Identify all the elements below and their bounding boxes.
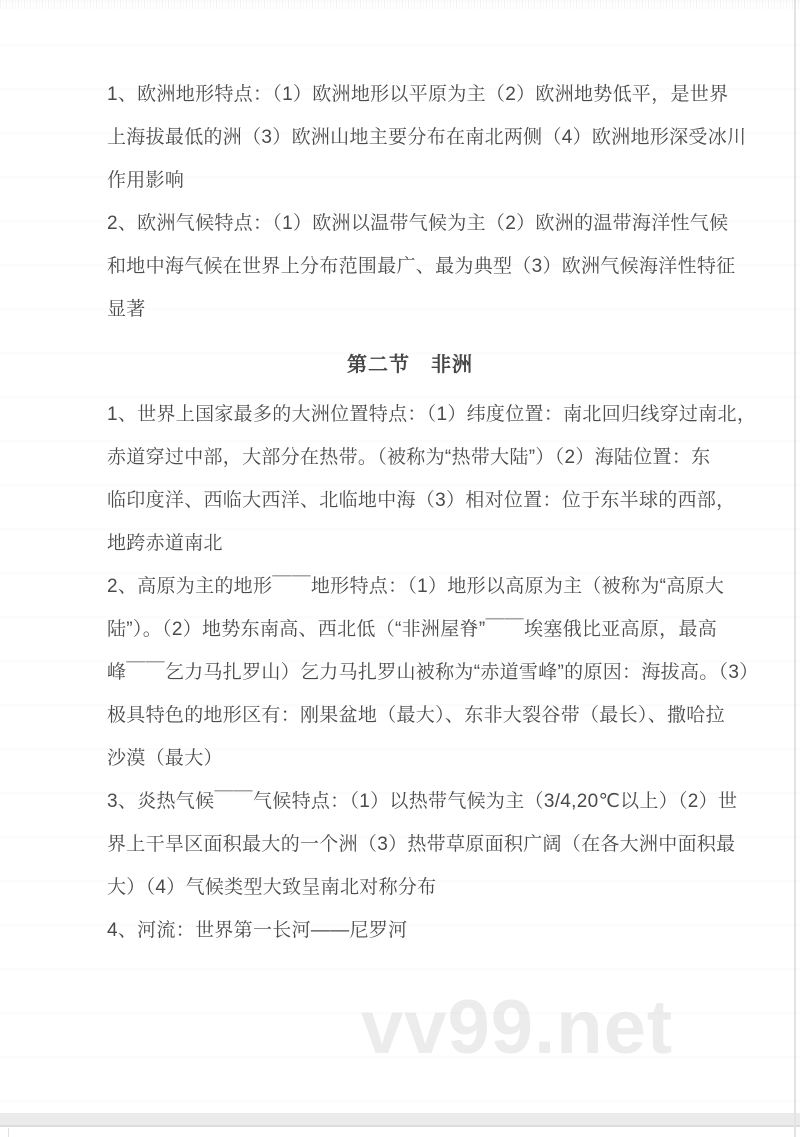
text-line: 1、世界上国家最多的大洲位置特点：（1）纬度位置：南北回归线穿过南北， xyxy=(107,393,713,436)
text-line: 2、欧洲气候特点：（1）欧洲以温带气候为主（2）欧洲的温带海洋性气候 xyxy=(107,202,713,245)
text-line: 界上干旱区面积最大的一个洲（3）热带草原面积广阔（在各大洲中面积最 xyxy=(107,823,713,866)
text-line: 3、炎热气候￣￣气候特点：（1）以热带气候为主（3/4,20℃以上）（2）世 xyxy=(107,780,713,823)
page-edge-line xyxy=(794,0,796,1137)
next-page-left-edge xyxy=(8,1128,9,1137)
text-line: 2、高原为主的地形￣￣地形特点：（1）地形以高原为主（被称为“高原大 xyxy=(107,565,713,608)
text-line: 作用影响 xyxy=(107,159,713,202)
section-heading: 第二节 非洲 xyxy=(107,344,713,387)
text-line: 临印度洋、西临大西洋、北临地中海（3）相对位置：位于东半球的西部， xyxy=(107,479,713,522)
text-line: 大）（4）气候类型大致呈南北对称分布 xyxy=(107,866,713,909)
text-line: 赤道穿过中部，大部分在热带。（被称为“热带大陆”）（2）海陆位置：东 xyxy=(107,436,713,479)
document-content: 1、欧洲地形特点：（1）欧洲地形以平原为主（2）欧洲地势低平，是世界 上海拔最低… xyxy=(107,73,713,952)
scan-edge-texture xyxy=(0,0,800,9)
text-line: 沙漠（最大） xyxy=(107,737,713,780)
text-line: 和地中海气候在世界上分布范围最广、最为典型（3）欧洲气候海洋性特征 xyxy=(107,245,713,288)
text-line: 4、河流：世界第一长河——尼罗河 xyxy=(107,909,713,952)
text-line: 陆”）。（2）地势东南高、西北低（“非洲屋脊”￣￣埃塞俄比亚高原，最高 xyxy=(107,608,713,651)
page-separator xyxy=(0,1113,800,1127)
text-line: 峰￣￣乞力马扎罗山）乞力马扎罗山被称为“赤道雪峰”的原因：海拔高。（3） xyxy=(107,651,713,694)
document-page: 1、欧洲地形特点：（1）欧洲地形以平原为主（2）欧洲地势低平，是世界 上海拔最低… xyxy=(0,0,800,1137)
text-line: 1、欧洲地形特点：（1）欧洲地形以平原为主（2）欧洲地势低平，是世界 xyxy=(107,73,713,116)
text-line: 极具特色的地形区有：刚果盆地（最大）、东非大裂谷带（最长）、撒哈拉 xyxy=(107,694,713,737)
text-line: 显著 xyxy=(107,288,713,331)
text-line: 上海拔最低的洲（3）欧洲山地主要分布在南北两侧（4）欧洲地形深受冰川 xyxy=(107,116,713,159)
text-line: 地跨赤道南北 xyxy=(107,522,713,565)
watermark: vv99.net xyxy=(361,990,673,1066)
